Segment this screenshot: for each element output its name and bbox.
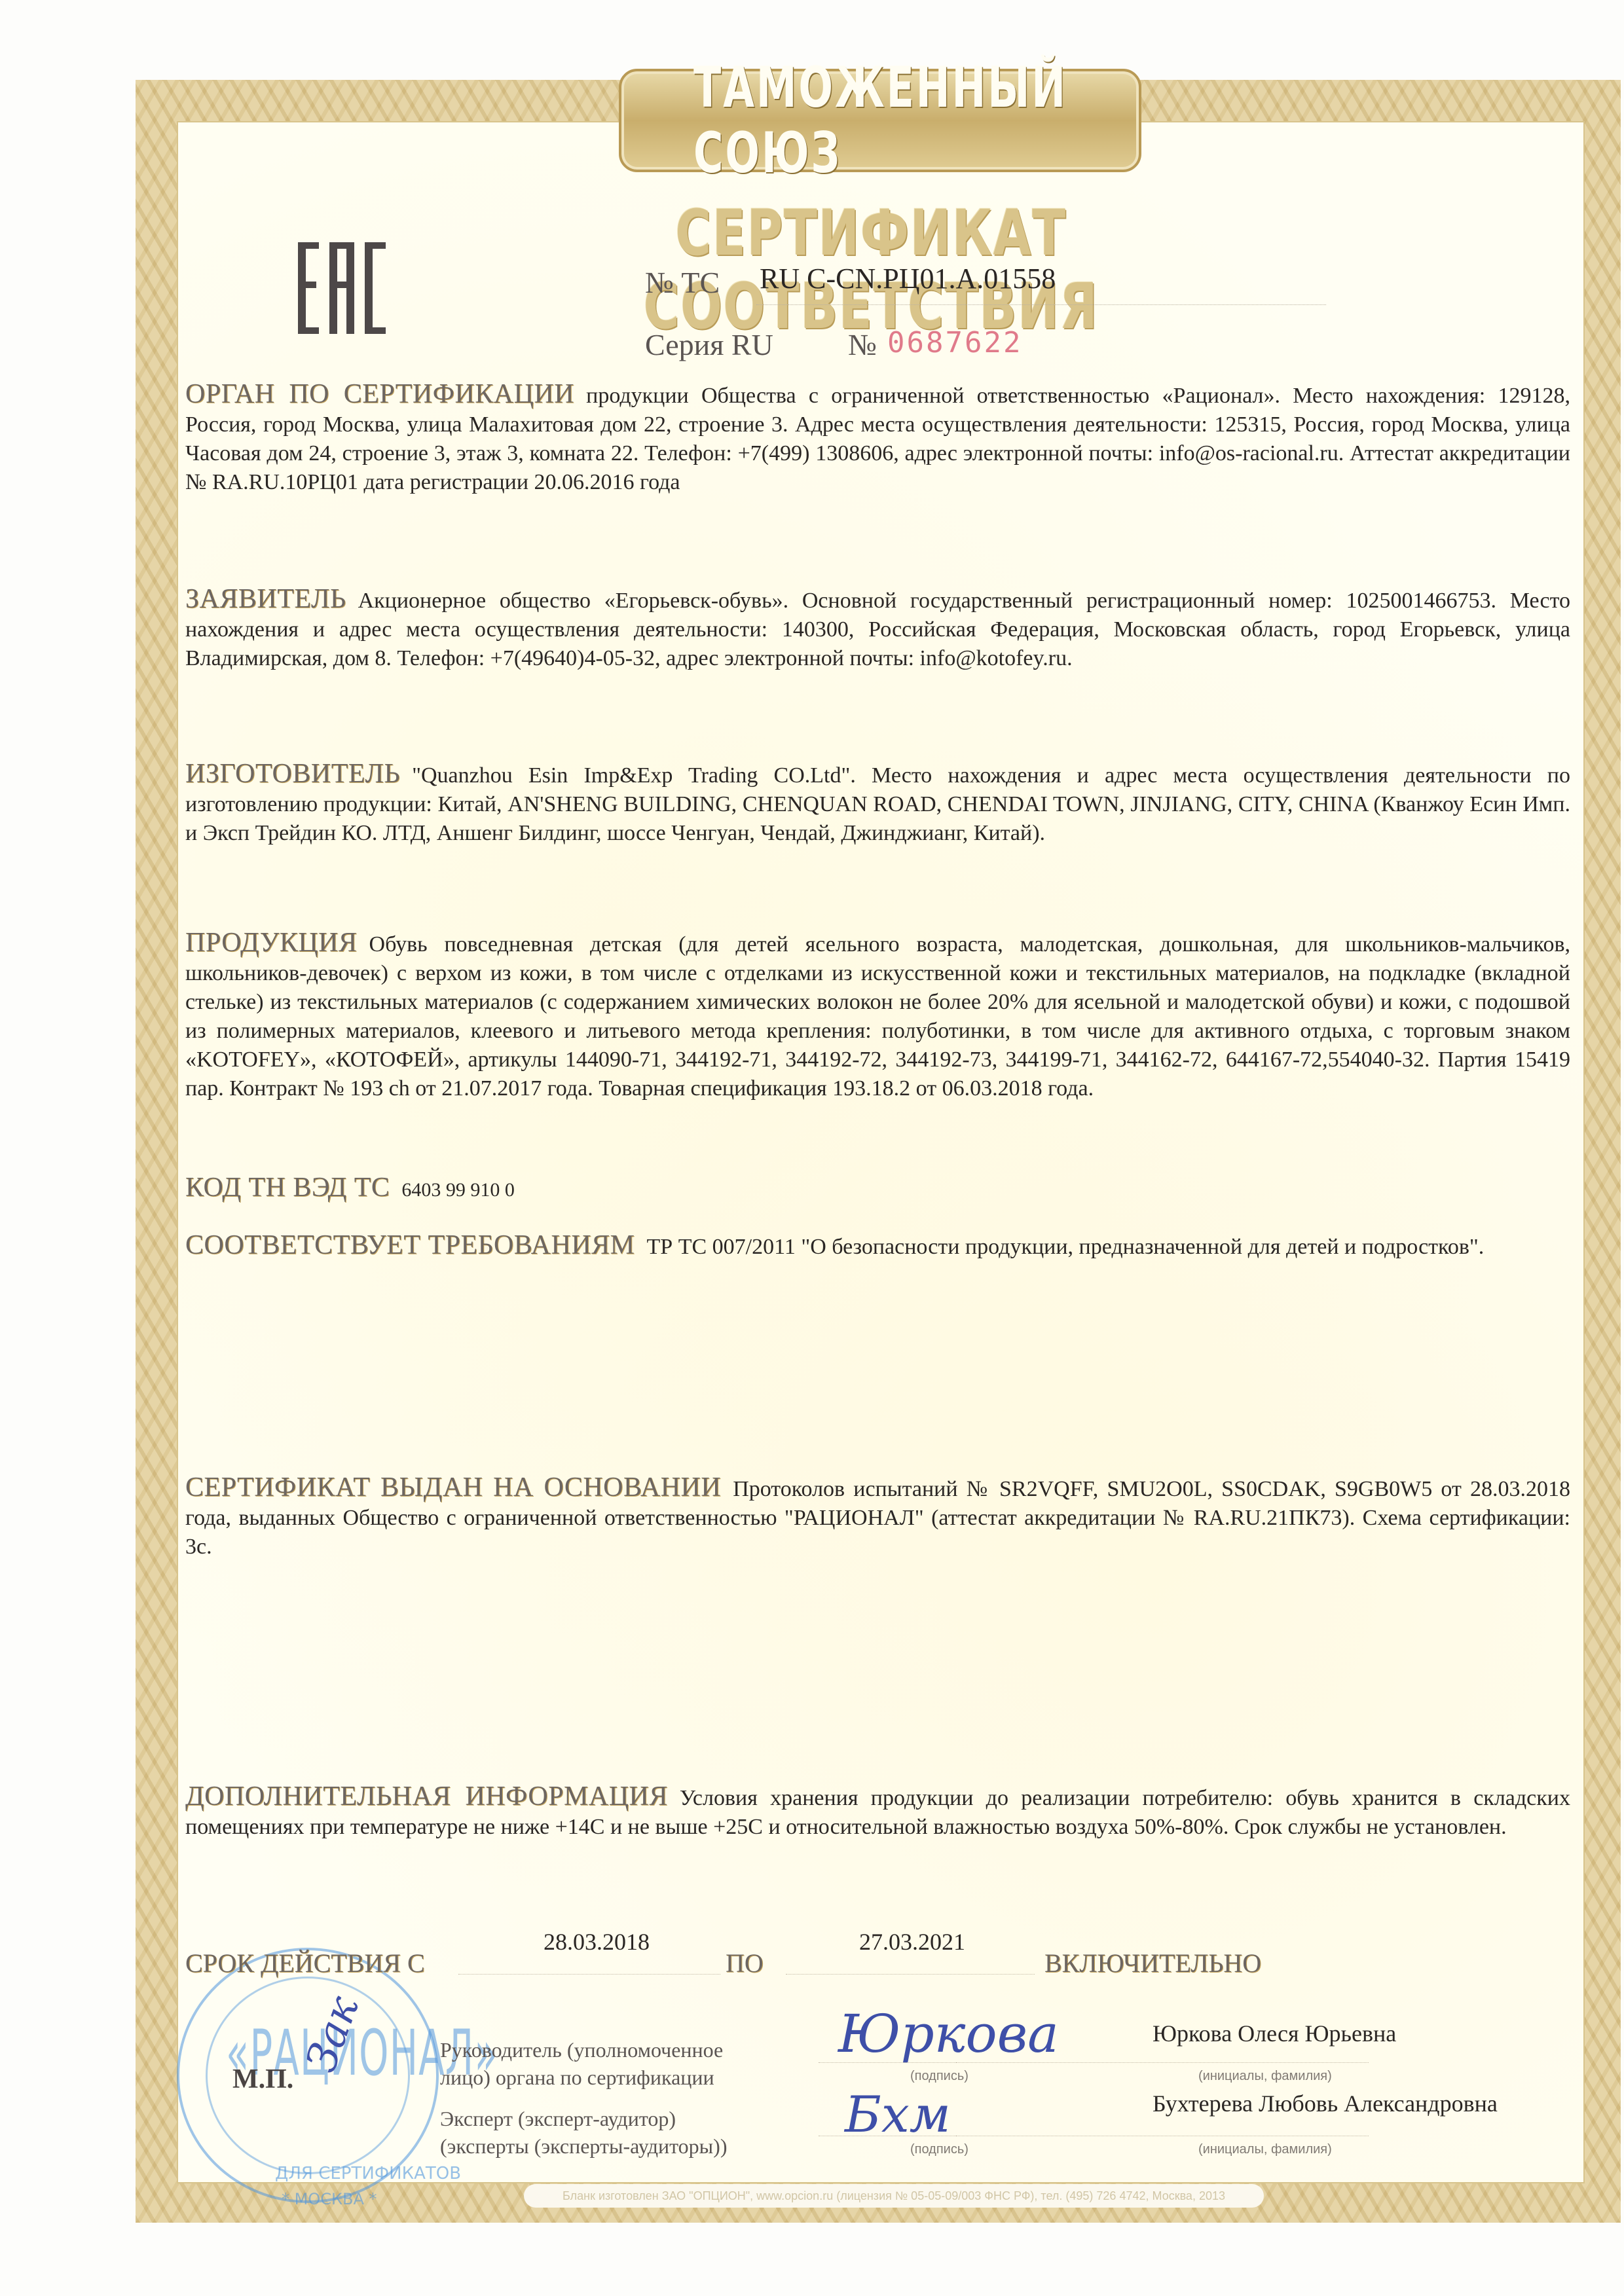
number-underline — [756, 304, 1326, 305]
section-label: СЕРТИФИКАТ ВЫДАН НА ОСНОВАНИИ — [185, 1472, 721, 1503]
section-product: ПРОДУКЦИЯОбувь повседневная детская (для… — [185, 928, 1570, 1103]
expert-role-line2: (эксперты (эксперты-аудиторы)) — [440, 2132, 727, 2160]
section-text: Акционерное общество «Егорьевск-обувь». … — [185, 589, 1570, 670]
eac-mark-icon — [298, 242, 396, 334]
head-signature: Юркова — [838, 2003, 1059, 2064]
stamp-ring-text: ДЛЯ СЕРТИФИКАТОВ — [275, 2164, 461, 2183]
validity-from-label: СРОК ДЕЙСТВИЯ С — [185, 1948, 425, 1978]
expert-signature-caption: (подпись) — [910, 2142, 969, 2157]
section-label: ЗАЯВИТЕЛЬ — [185, 584, 346, 614]
expert-name-caption: (инициалы, фамилия) — [1198, 2142, 1332, 2157]
head-name-caption: (инициалы, фамилия) — [1198, 2069, 1332, 2084]
section-text: ТР ТС 007/2011 "О безопасности продукции… — [647, 1235, 1485, 1259]
expert-signature: Бхм — [845, 2085, 951, 2143]
expert-name-line — [956, 2136, 1369, 2136]
section-basis: СЕРТИФИКАТ ВЫДАН НА ОСНОВАНИИПротоколов … — [185, 1473, 1570, 1561]
certificate-number-label: № ТС — [645, 265, 720, 300]
validity-from-date: 28.03.2018 — [544, 1928, 650, 1956]
section-label: ОРГАН ПО СЕРТИФИКАЦИИ — [185, 379, 574, 409]
series-number: 0687622 — [887, 326, 1022, 359]
date-to-underline — [786, 1974, 1035, 1975]
series-label: Серия RU — [645, 327, 773, 362]
validity-to-label: ПО — [726, 1948, 764, 1978]
section-certification-body: ОРГАН ПО СЕРТИФИКАЦИИпродукции Общества … — [185, 380, 1570, 497]
head-role-line1: Руководитель (уполномоченное — [440, 2036, 723, 2064]
banner-text: ТАМОЖЕННЫЙ СОЮЗ — [693, 55, 1067, 186]
printer-note: Бланк изготовлен ЗАО "ОПЦИОН", www.opcio… — [524, 2184, 1264, 2208]
section-label: ПРОДУКЦИЯ — [185, 928, 358, 958]
eac-logo-icon — [298, 242, 396, 340]
section-manufacturer: ИЗГОТОВИТЕЛЬ"Quanzhou Esin Imp&Exp Tradi… — [185, 759, 1570, 848]
validity-to-date: 27.03.2021 — [859, 1928, 965, 1956]
head-signature-caption: (подпись) — [910, 2069, 969, 2084]
section-label: КОД ТН ВЭД ТС — [185, 1173, 390, 1203]
section-additional-info: ДОПОЛНИТЕЛЬНАЯ ИНФОРМАЦИЯУсловия хранени… — [185, 1782, 1570, 1842]
validity-inclusive-label: ВКЛЮЧИТЕЛЬНО — [1044, 1948, 1261, 1978]
date-from-underline — [458, 1974, 720, 1975]
expert-role-line1: Эксперт (эксперт-аудитор) — [440, 2105, 676, 2132]
section-hs-code: КОД ТН ВЭД ТС6403 99 910 0 — [185, 1173, 1570, 1205]
seal-place-label: М.П. — [232, 2064, 293, 2095]
section-label: СООТВЕТСТВУЕТ ТРЕБОВАНИЯМ — [185, 1230, 635, 1260]
section-conforms: СООТВЕТСТВУЕТ ТРЕБОВАНИЯМТР ТС 007/2011 … — [185, 1231, 1570, 1262]
section-text: Обувь повседневная детская (для детей яс… — [185, 932, 1570, 1101]
certificate-number: RU C-CN.РЦ01.А.01558 — [760, 262, 1056, 295]
section-label: ДОПОЛНИТЕЛЬНАЯ ИНФОРМАЦИЯ — [185, 1781, 668, 1812]
section-label: ИЗГОТОВИТЕЛЬ — [185, 759, 400, 789]
series-number-label: № — [848, 327, 877, 362]
stamp-city-text: * МОСКВА * — [282, 2190, 377, 2208]
head-name-line — [956, 2062, 1369, 2063]
section-applicant: ЗАЯВИТЕЛЬАкционерное общество «Егорьевск… — [185, 585, 1570, 673]
expert-name: Бухтерева Любовь Александровна — [1153, 2090, 1498, 2117]
head-role-line2: лицо) органа по сертификации — [440, 2064, 714, 2091]
head-name: Юркова Олеся Юрьевна — [1153, 2020, 1396, 2047]
customs-union-banner: ТАМОЖЕННЫЙ СОЮЗ — [619, 69, 1141, 172]
hs-code-value: 6403 99 910 0 — [401, 1179, 515, 1201]
